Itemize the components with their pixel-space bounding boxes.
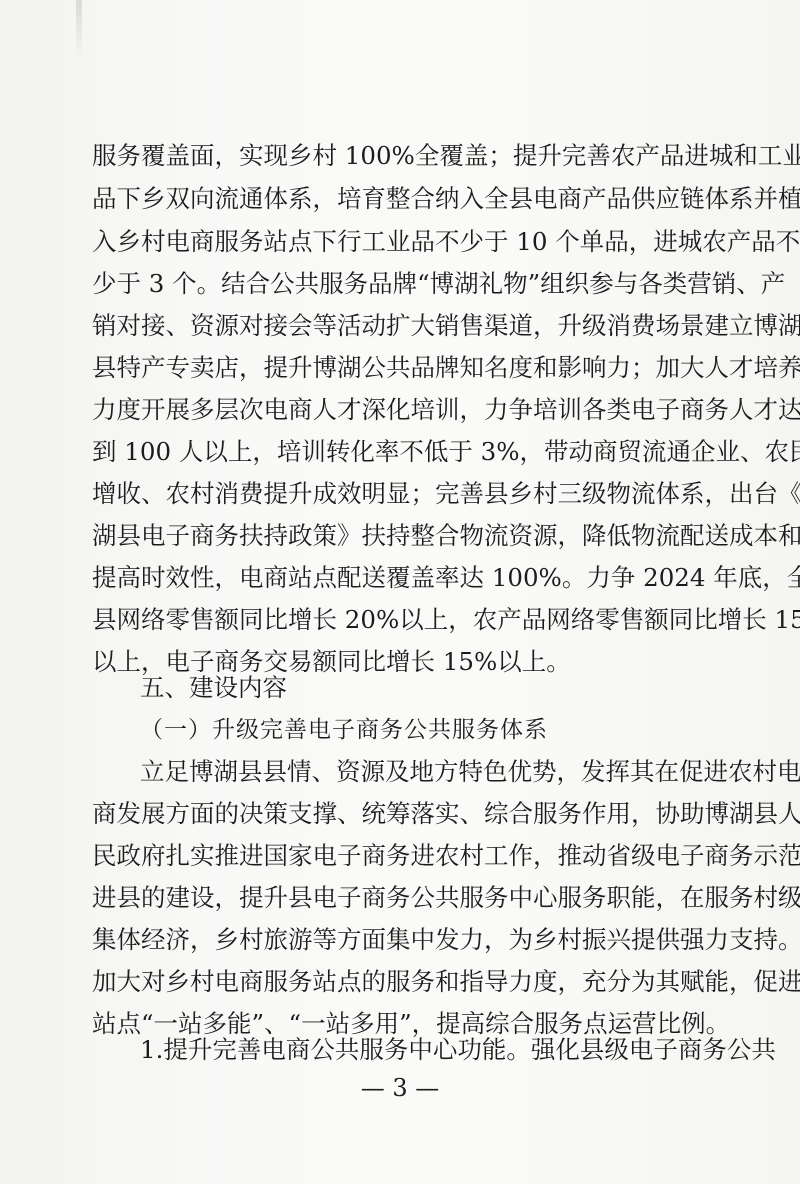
text-line: 品下乡双向流通体系，培育整合纳入全县电商产品供应链体系并植 bbox=[92, 179, 708, 219]
text-line: 商发展方面的决策支撑、统筹落实、综合服务作用，协助博湖县人 bbox=[92, 794, 708, 834]
text-line: 县网络零售额同比增长 20%以上，农产品网络零售额同比增长 15% bbox=[92, 600, 708, 640]
page-number: — 3 — bbox=[0, 1072, 800, 1104]
text-line: 入乡村电商服务站点下行工业品不少于 10 个单品，进城农产品不 bbox=[92, 222, 708, 262]
text-line: 力度开展多层次电商人才深化培训，力争培训各类电子商务人才达 bbox=[92, 390, 708, 430]
section-heading: 五、建设内容 bbox=[140, 668, 287, 708]
subsection-heading: （一）升级完善电子商务公共服务体系 bbox=[140, 710, 548, 750]
text-line: 集体经济，乡村旅游等方面集中发力，为乡村振兴提供强力支持。 bbox=[92, 920, 708, 960]
text-line: 到 100 人以上，培训转化率不低于 3%，带动商贸流通企业、农民 bbox=[92, 432, 708, 472]
scan-crease bbox=[76, 0, 82, 60]
text-line: 立足博湖县县情、资源及地方特色优势，发挥其在促进农村电 bbox=[140, 752, 708, 792]
text-line: 少于 3 个。结合公共服务品牌“博湖礼物”组织参与各类营销、产 bbox=[92, 264, 708, 304]
text-line: 1.提升完善电商公共服务中心功能。强化县级电子商务公共 bbox=[140, 1030, 708, 1070]
text-line: 民政府扎实推进国家电子商务进农村工作，推动省级电子商务示范 bbox=[92, 836, 708, 876]
text-line: 县特产专卖店，提升博湖公共品牌知名度和影响力；加大人才培养 bbox=[92, 348, 708, 388]
text-line: 加大对乡村电商服务站点的服务和指导力度，充分为其赋能，促进 bbox=[92, 962, 708, 1002]
text-line: 进县的建设，提升县电子商务公共服务中心服务职能，在服务村级 bbox=[92, 878, 708, 918]
text-line: 服务覆盖面，实现乡村 100%全覆盖；提升完善农产品进城和工业 bbox=[92, 136, 708, 176]
text-line: 湖县电子商务扶持政策》扶持整合物流资源，降低物流配送成本和 bbox=[92, 516, 708, 556]
text-line: 销对接、资源对接会等活动扩大销售渠道，升级消费场景建立博湖 bbox=[92, 306, 708, 346]
text-line: 提高时效性，电商站点配送覆盖率达 100%。力争 2024 年底，全 bbox=[92, 558, 708, 598]
document-page: 服务覆盖面，实现乡村 100%全覆盖；提升完善农产品进城和工业 品下乡双向流通体… bbox=[0, 0, 800, 1184]
text-line: 增收、农村消费提升成效明显；完善县乡村三级物流体系，出台《博 bbox=[92, 474, 708, 514]
